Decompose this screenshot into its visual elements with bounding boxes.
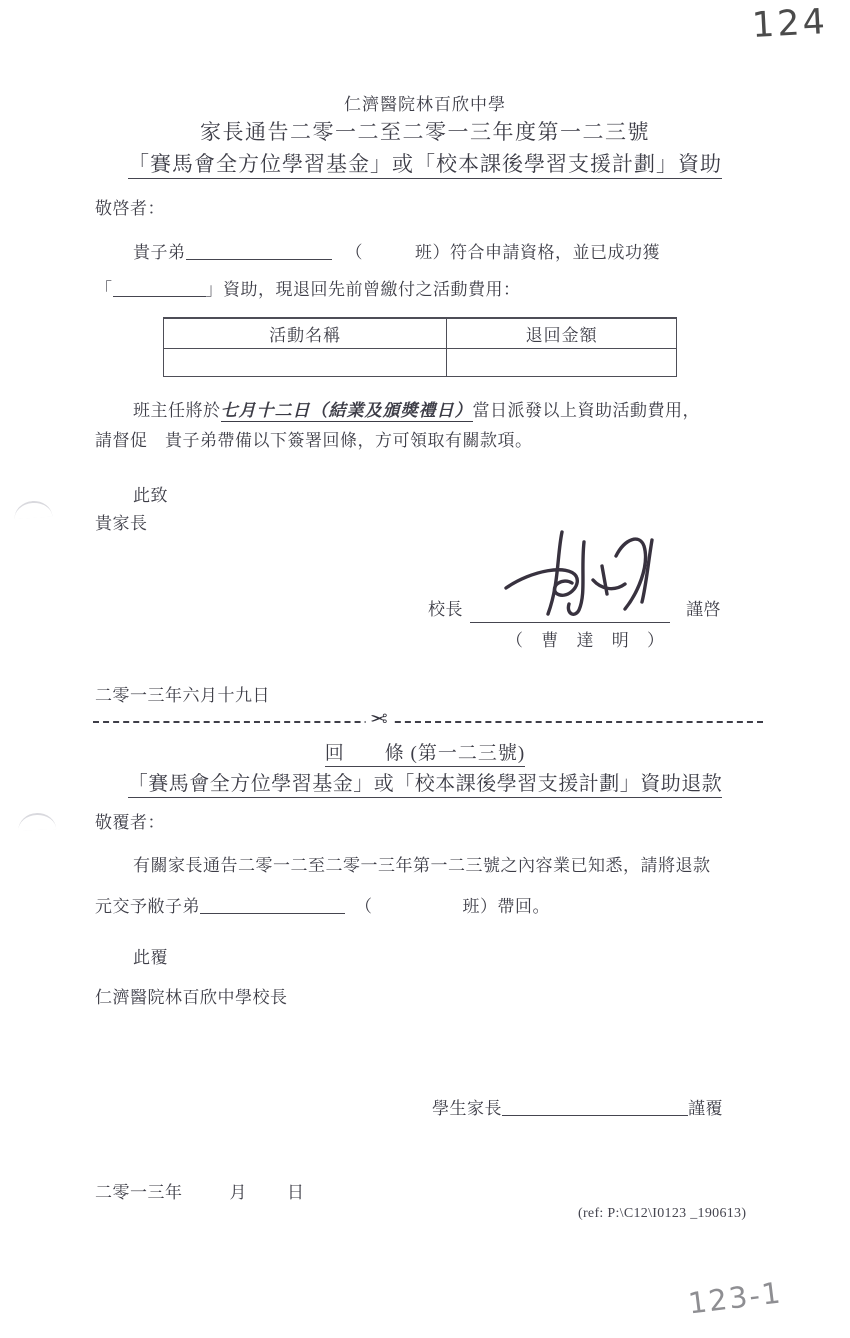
student-name-label: 貴子弟	[133, 243, 186, 262]
reply-slip-title-line: 回 條 (第一二三號)	[0, 738, 850, 765]
slip-addressee: 仁濟醫院林百欣中學校長	[95, 988, 288, 1008]
reply-slip-subject: 「賽馬會全方位學習基金」或「校本課後學習支援計劃」資助退款	[128, 773, 723, 798]
notice-salutation: 敬啓者：	[95, 199, 165, 219]
parent-label: 學生家長	[432, 1099, 502, 1118]
cell-activity	[164, 349, 447, 377]
refund-table: 活動名稱 退回金額	[163, 317, 677, 377]
slip-salutation: 敬覆者：	[95, 813, 165, 833]
slip-valediction: 此覆	[133, 948, 168, 968]
parent-signature-line: 學生家長謹覆	[432, 1096, 723, 1119]
student-name-blank	[186, 242, 332, 260]
notice-subject-line: 「賽馬會全方位學習基金」或「校本課後學習支援計劃」資助	[0, 148, 850, 178]
column-header-amount: 退回金額	[447, 318, 677, 349]
principal-signature	[496, 526, 674, 622]
notice-paragraph2-line2: 請督促 貴子弟帶備以下簽署回條，方可領取有關款項。	[95, 431, 533, 451]
paren-open: （	[346, 243, 364, 262]
distribution-prefix: 班主任將於	[133, 401, 221, 420]
cut-dashed-line	[93, 721, 763, 723]
reply-slip-title: 回 條 (第一二三號)	[325, 743, 525, 767]
notice-paragraph1-line2: 「」資助，現退回先前曾繳付之活動費用：	[95, 277, 521, 300]
notice-valediction: 此致	[133, 486, 168, 506]
cell-amount	[447, 349, 677, 377]
slip-date-year: 二零一三年	[95, 1183, 183, 1202]
fund-name-blank	[113, 279, 206, 297]
principal-name: （ 曹 達 明 ）	[506, 631, 671, 651]
refund-intro-text: 」資助，現退回先前曾繳付之活動費用：	[206, 280, 521, 299]
parent-closing: 謹覆	[688, 1099, 723, 1118]
notice-paragraph2-line1: 班主任將於七月十二日（結業及頒獎禮日）當日派發以上資助活動費用，	[133, 401, 700, 421]
notice-number-line: 家長通告二零一二至二零一三年度第一二三號	[0, 116, 850, 146]
school-name: 仁濟醫院林百欣中學	[0, 90, 850, 115]
slip-paragraph-line1: 有關家長通告二零一二至二零一三年第一二三號之內容業已知悉，請將退款	[133, 856, 711, 876]
parent-signature-blank	[502, 1098, 688, 1116]
notice-subject-text: 「賽馬會全方位學習基金」或「校本課後學習支援計劃」資助	[128, 152, 722, 179]
scan-pen-mark	[13, 500, 52, 520]
scissors-icon: ✂	[366, 707, 392, 731]
notice-addressee: 貴家長	[95, 514, 148, 534]
column-header-activity: 活動名稱	[164, 318, 447, 349]
signature-strokes	[496, 526, 674, 622]
refund-to-label: 元交予敝子弟	[95, 897, 200, 916]
principal-closing: 謹啓	[686, 600, 721, 620]
quote-open: 「	[95, 280, 113, 299]
handwritten-page-number-top: 124	[751, 2, 829, 46]
table-row	[164, 349, 677, 377]
reply-slip-subject-line: 「賽馬會全方位學習基金」或「校本課後學習支援計劃」資助退款	[0, 767, 850, 796]
slip-student-name-blank	[200, 896, 345, 914]
table-header-row: 活動名稱 退回金額	[164, 318, 677, 349]
scan-pen-mark	[18, 812, 57, 830]
slip-date-month: 月	[230, 1183, 248, 1202]
slip-date-line: 二零一三年月日	[95, 1183, 305, 1203]
distribution-suffix: 當日派發以上資助活動費用，	[473, 401, 701, 420]
file-reference: (ref: P:\C12\I0123 _190613)	[578, 1206, 746, 1222]
slip-date-day: 日	[287, 1183, 305, 1202]
event-date: 七月十二日（結業及頒獎禮日）	[221, 401, 473, 422]
slip-paren-open: （	[355, 897, 373, 916]
eligibility-text: 班）符合申請資格，並已成功獲	[415, 243, 660, 262]
slip-bring-back-text: 班）帶回。	[463, 897, 551, 916]
principal-signature-line	[470, 622, 670, 623]
slip-paragraph-line2: 元交予敝子弟（班）帶回。	[95, 894, 550, 917]
handwritten-page-number-bottom: 123-1	[686, 1275, 784, 1320]
notice-paragraph1-line1: 貴子弟（班）符合申請資格，並已成功獲	[133, 240, 660, 263]
notice-issue-date: 二零一三年六月十九日	[95, 686, 270, 706]
principal-label: 校長	[428, 600, 463, 620]
